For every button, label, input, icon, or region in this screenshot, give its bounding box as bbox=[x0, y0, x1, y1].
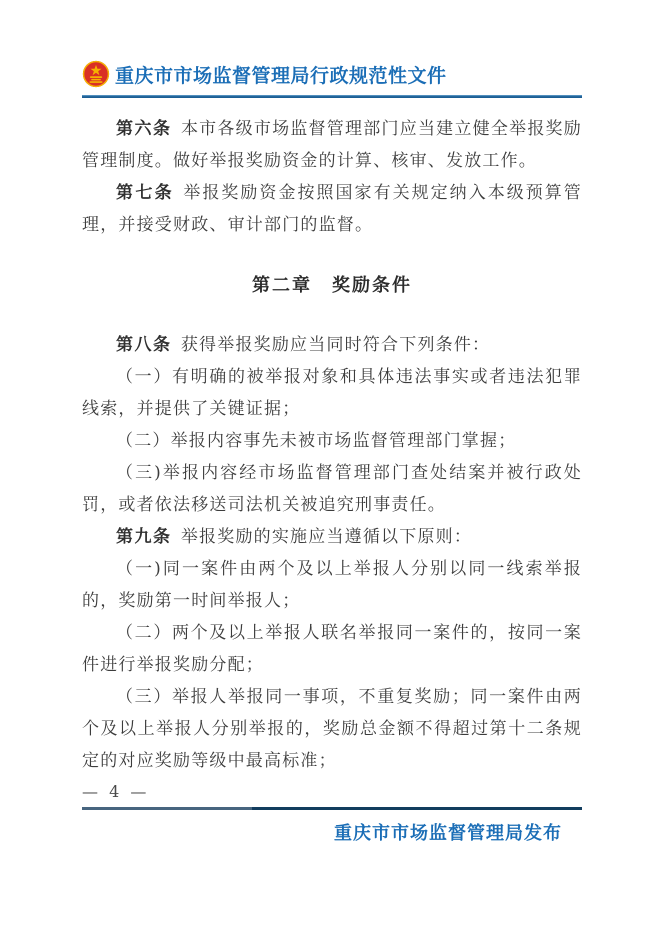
document-page: 重庆市市场监督管理局行政规范性文件 第六条本市各级市场监督管理部门应当建立健全举… bbox=[0, 0, 662, 936]
article-8-item-1-text: （一）有明确的被举报对象和具体违法事实或者违法犯罪线索，并提供了关键证据； bbox=[82, 367, 582, 419]
header-rule bbox=[82, 95, 582, 98]
article-8-item-3-text: （三)举报内容经市场监督管理部门查处结案并被行政处罚，或者依法移送司法机关被追究… bbox=[82, 463, 582, 515]
paragraph-article-8: 第八条获得举报奖励应当同时符合下列条件： bbox=[82, 329, 582, 361]
paragraph-article-6: 第六条本市各级市场监督管理部门应当建立健全举报奖励管理制度。做好举报奖励资金的计… bbox=[82, 113, 582, 177]
footer-rule bbox=[82, 807, 582, 810]
document-header: 重庆市市场监督管理局行政规范性文件 bbox=[82, 60, 582, 88]
article-7-label: 第七条 bbox=[116, 183, 183, 202]
article-8-text: 获得举报奖励应当同时符合下列条件： bbox=[181, 335, 490, 355]
article-8-item-2-text: （二）举报内容事先未被市场监督管理部门掌握； bbox=[116, 431, 516, 451]
national-emblem-icon bbox=[82, 60, 110, 88]
paragraph-article-9: 第九条举报奖励的实施应当遵循以下原则： bbox=[82, 521, 582, 553]
paragraph-article-8-item-3: （三)举报内容经市场监督管理部门查处结案并被行政处罚，或者依法移送司法机关被追究… bbox=[82, 457, 582, 521]
paragraph-article-8-item-2: （二）举报内容事先未被市场监督管理部门掌握； bbox=[82, 425, 582, 457]
article-9-item-1-text: （一)同一案件由两个及以上举报人分别以同一线索举报的，奖励第一时间举报人； bbox=[82, 559, 582, 611]
article-9-text: 举报奖励的实施应当遵循以下原则： bbox=[181, 527, 472, 547]
article-9-label: 第九条 bbox=[116, 527, 181, 546]
paragraph-article-7: 第七条举报奖励资金按照国家有关规定纳入本级预算管理，并接受财政、审计部门的监督。 bbox=[82, 177, 582, 241]
document-header-title: 重庆市市场监督管理局行政规范性文件 bbox=[115, 61, 447, 88]
page-number: — 4 — bbox=[82, 782, 582, 801]
publisher-line: 重庆市市场监督管理局发布 bbox=[82, 819, 582, 845]
article-6-label: 第六条 bbox=[116, 119, 181, 138]
document-body: 第六条本市各级市场监督管理部门应当建立健全举报奖励管理制度。做好举报奖励资金的计… bbox=[82, 113, 582, 777]
article-8-label: 第八条 bbox=[116, 335, 181, 354]
article-9-item-2-text: （二）两个及以上举报人联名举报同一案件的，按同一案件进行举报奖励分配； bbox=[82, 623, 582, 675]
paragraph-article-9-item-1: （一)同一案件由两个及以上举报人分别以同一线索举报的，奖励第一时间举报人； bbox=[82, 553, 582, 617]
article-9-item-3-text: （三）举报人举报同一事项，不重复奖励；同一案件由两个及以上举报人分别举报的，奖励… bbox=[82, 687, 582, 771]
paragraph-article-9-item-3: （三）举报人举报同一事项，不重复奖励；同一案件由两个及以上举报人分别举报的，奖励… bbox=[82, 681, 582, 777]
paragraph-article-8-item-1: （一）有明确的被举报对象和具体违法事实或者违法犯罪线索，并提供了关键证据； bbox=[82, 361, 582, 425]
chapter-heading: 第二章 奖励条件 bbox=[82, 269, 582, 301]
paragraph-article-9-item-2: （二）两个及以上举报人联名举报同一案件的，按同一案件进行举报奖励分配； bbox=[82, 617, 582, 681]
